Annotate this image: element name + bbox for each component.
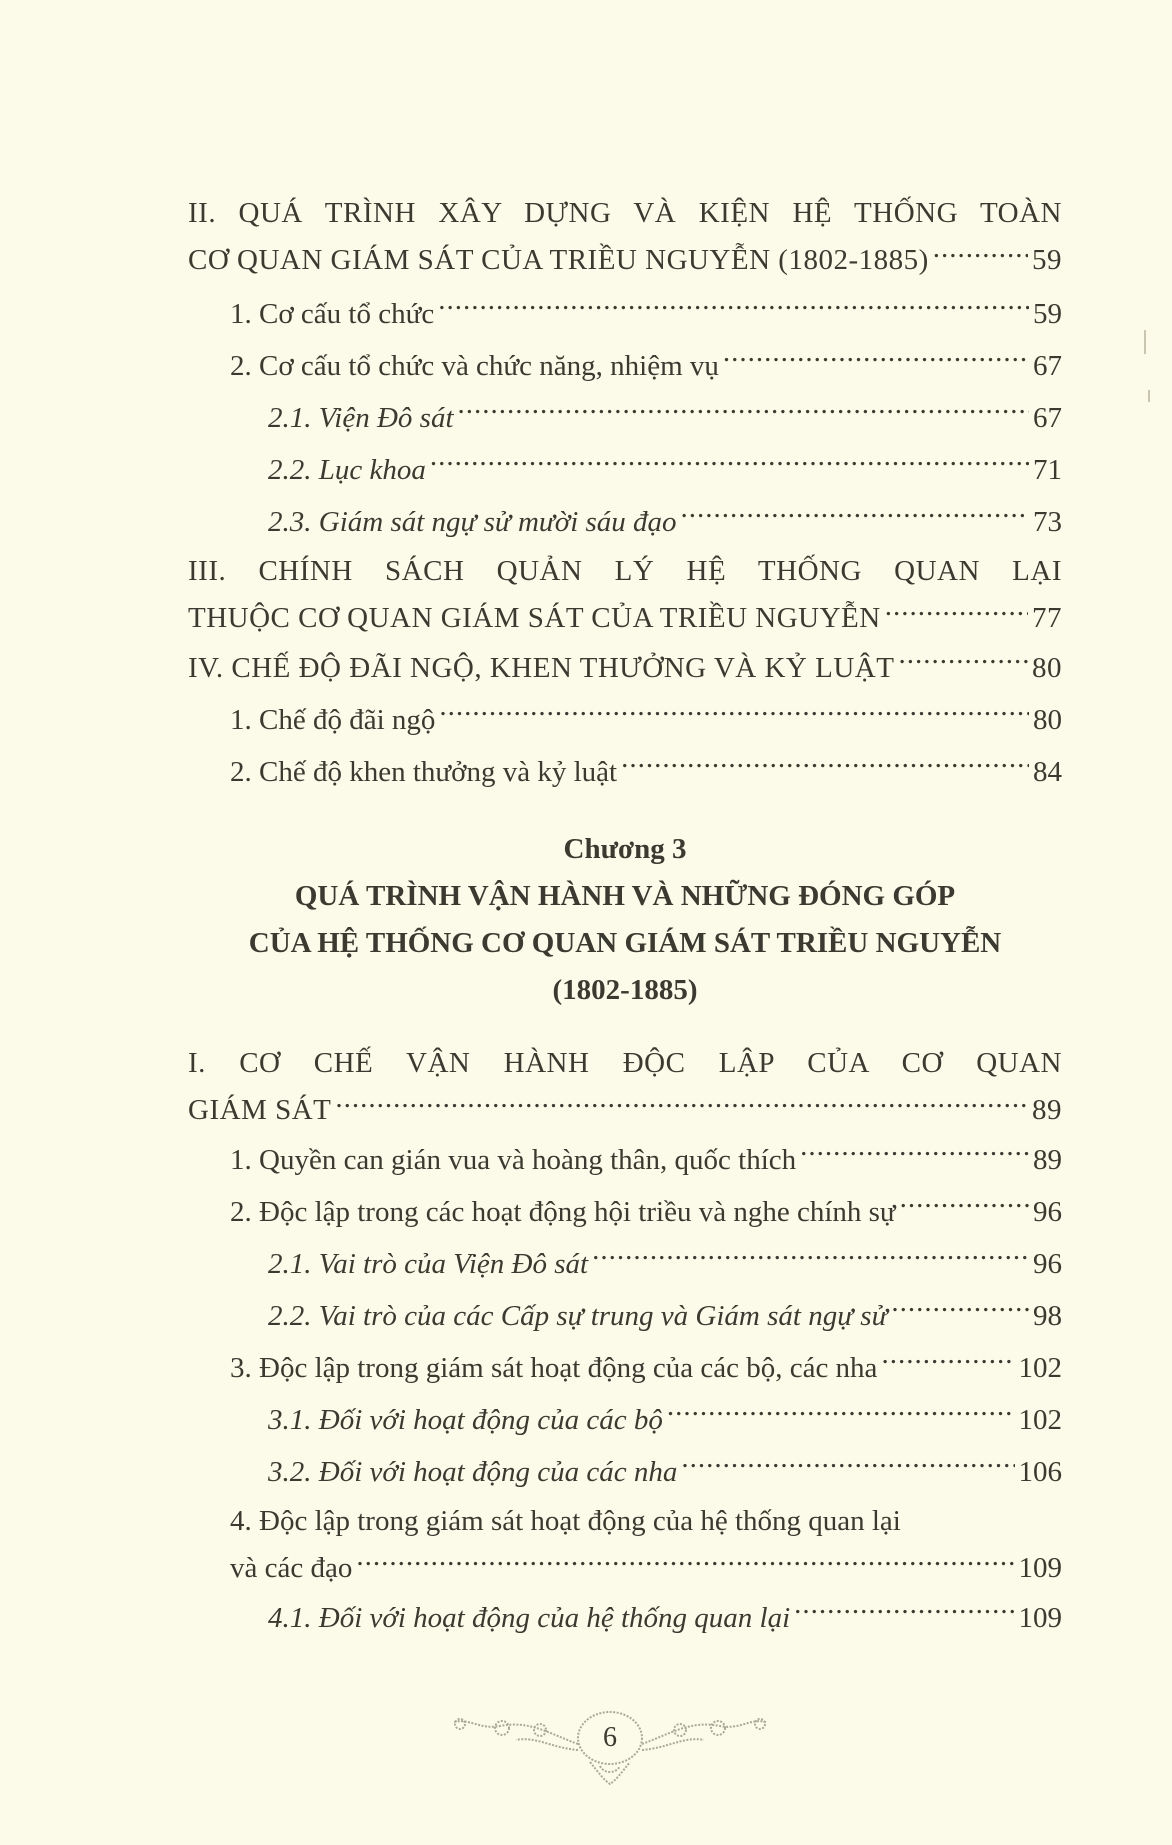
dot-leader xyxy=(800,1140,1029,1169)
toc-section-iii-line2[interactable]: THUỘC CƠ QUAN GIÁM SÁT CỦA TRIỀU NGUYỄN … xyxy=(188,595,1062,642)
toc-page-number: 102 xyxy=(1019,1394,1063,1446)
toc-section-ii-line1: II. QUÁ TRÌNH XÂY DỰNG VÀ KIỆN HỆ THỐNG … xyxy=(188,190,1062,237)
toc-ch3-section-i-line2[interactable]: GIÁM SÁT 89 xyxy=(188,1087,1062,1134)
dot-leader xyxy=(881,1348,1014,1377)
toc-page-number: 102 xyxy=(1019,1342,1063,1394)
toc-label: 2.2. Lục khoa xyxy=(268,444,426,496)
toc-entry[interactable]: 2. Cơ cấu tổ chức và chức năng, nhiệm vụ… xyxy=(188,340,1062,392)
dot-leader xyxy=(885,598,1028,627)
toc-label: 3. Độc lập trong giám sát hoạt động của … xyxy=(230,1342,877,1394)
toc-label: 2.3. Giám sát ngự sử mười sáu đạo xyxy=(268,496,677,548)
toc-page-number: 80 xyxy=(1032,642,1062,694)
toc-page-number: 89 xyxy=(1032,1087,1062,1134)
toc-entry[interactable]: 1. Cơ cấu tổ chức 59 xyxy=(188,288,1062,340)
toc-page-number: 84 xyxy=(1033,746,1062,798)
toc-page-number: 80 xyxy=(1033,694,1062,746)
toc-section-ii-line2[interactable]: CƠ QUAN GIÁM SÁT CỦA TRIỀU NGUYỄN (1802-… xyxy=(188,237,1062,284)
toc-entry[interactable]: 2. Chế độ khen thưởng và kỷ luật 84 xyxy=(188,746,1062,798)
toc-label: 2. Cơ cấu tổ chức và chức năng, nhiệm vụ xyxy=(230,340,719,392)
toc-label: 1. Quyền can gián vua và hoàng thân, quố… xyxy=(230,1134,796,1186)
toc-page-number: 96 xyxy=(1033,1186,1062,1238)
toc-entry[interactable]: 2.1. Vai trò của Viện Đô sát 96 xyxy=(188,1238,1062,1290)
margin-mark xyxy=(1148,390,1150,402)
toc-label: 2. Chế độ khen thưởng và kỷ luật xyxy=(230,746,617,798)
toc-entry-4: 4. Độc lập trong giám sát hoạt động của … xyxy=(188,1498,1062,1545)
toc-section-iii: III. CHÍNH SÁCH QUẢN LÝ HỆ THỐNG QUAN LẠ… xyxy=(188,548,1062,595)
dot-leader xyxy=(621,752,1029,781)
toc-entry[interactable]: 2.1. Viện Đô sát 67 xyxy=(188,392,1062,444)
toc-page-number: 89 xyxy=(1033,1134,1062,1186)
toc-page-number: 96 xyxy=(1033,1238,1062,1290)
toc-entry[interactable]: 2.2. Vai trò của các Cấp sự trung và Giá… xyxy=(188,1290,1062,1342)
toc-label: 1. Chế độ đãi ngộ xyxy=(230,694,435,746)
toc-entry-4-line1: 4. Độc lập trong giám sát hoạt động của … xyxy=(230,1505,901,1537)
dot-leader xyxy=(900,1192,1029,1221)
toc-page-number: 109 xyxy=(1019,1592,1063,1644)
toc-label: và các đạo xyxy=(230,1545,352,1592)
toc-ch3-section-i-line1: I. CƠ CHẾ VẬN HÀNH ĐỘC LẬP CỦA CƠ QUAN xyxy=(188,1040,1062,1087)
page-footer: 6 xyxy=(440,1700,780,1790)
chapter-heading: Chương 3 QUÁ TRÌNH VẬN HÀNH VÀ NHỮNG ĐÓN… xyxy=(188,826,1062,1014)
dot-leader xyxy=(439,700,1029,729)
dot-leader xyxy=(335,1090,1028,1119)
dot-leader xyxy=(681,502,1029,531)
toc-label: IV. CHẾ ĐỘ ĐÃI NGỘ, KHEN THƯỞNG VÀ KỶ LU… xyxy=(188,642,894,694)
toc-entry[interactable]: 3.2. Đối với hoạt động của các nha 106 xyxy=(188,1446,1062,1498)
toc-label: 2.1. Vai trò của Viện Đô sát xyxy=(268,1238,588,1290)
toc-entry[interactable]: 2.2. Lục khoa 71 xyxy=(188,444,1062,496)
toc-page-number: 73 xyxy=(1033,496,1062,548)
dot-leader xyxy=(438,294,1029,323)
toc-page-number: 71 xyxy=(1033,444,1062,496)
toc-ch3-section-i: I. CƠ CHẾ VẬN HÀNH ĐỘC LẬP CỦA CƠ QUAN xyxy=(188,1040,1062,1087)
dot-leader xyxy=(933,240,1028,269)
dot-leader xyxy=(667,1400,1015,1429)
toc-section-iv[interactable]: IV. CHẾ ĐỘ ĐÃI NGỘ, KHEN THƯỞNG VÀ KỶ LU… xyxy=(188,642,1062,694)
chapter-title-line2: CỦA HỆ THỐNG CƠ QUAN GIÁM SÁT TRIỀU NGUY… xyxy=(188,920,1062,967)
page-number: 6 xyxy=(440,1722,780,1754)
chapter-label: Chương 3 xyxy=(188,826,1062,873)
toc-page-number: 67 xyxy=(1033,340,1062,392)
toc-entry-4-line2[interactable]: và các đạo 109 xyxy=(188,1545,1062,1592)
toc-label: 2. Độc lập trong các hoạt động hội triều… xyxy=(230,1186,896,1238)
toc-label: 3.2. Đối với hoạt động của các nha xyxy=(268,1446,677,1498)
toc-entry[interactable]: 2.3. Giám sát ngự sử mười sáu đạo 73 xyxy=(188,496,1062,548)
toc-page-number: 77 xyxy=(1032,595,1062,642)
toc-label: GIÁM SÁT xyxy=(188,1087,331,1134)
margin-mark xyxy=(1144,330,1146,354)
toc-label: CƠ QUAN GIÁM SÁT CỦA TRIỀU NGUYỄN (1802-… xyxy=(188,237,929,284)
toc-label: THUỘC CƠ QUAN GIÁM SÁT CỦA TRIỀU NGUYỄN xyxy=(188,595,881,642)
dot-leader xyxy=(356,1548,1014,1577)
toc-label: 4.1. Đối với hoạt động của hệ thống quan… xyxy=(268,1592,790,1644)
dot-leader xyxy=(898,648,1028,677)
dot-leader xyxy=(891,1296,1029,1325)
dot-leader xyxy=(794,1598,1014,1627)
chapter-title-line3: (1802-1885) xyxy=(188,967,1062,1014)
toc-section-iii-line1: III. CHÍNH SÁCH QUẢN LÝ HỆ THỐNG QUAN LẠ… xyxy=(188,548,1062,595)
dot-leader xyxy=(458,398,1029,427)
toc-label: 3.1. Đối với hoạt động của các bộ xyxy=(268,1394,663,1446)
toc-entry[interactable]: 2. Độc lập trong các hoạt động hội triều… xyxy=(188,1186,1062,1238)
toc-label: 2.1. Viện Đô sát xyxy=(268,392,454,444)
dot-leader xyxy=(723,346,1029,375)
dot-leader xyxy=(430,450,1029,479)
toc-page-number: 98 xyxy=(1033,1290,1062,1342)
toc-entry[interactable]: 1. Quyền can gián vua và hoàng thân, quố… xyxy=(188,1134,1062,1186)
toc-entry[interactable]: 4.1. Đối với hoạt động của hệ thống quan… xyxy=(188,1592,1062,1644)
toc-section-ii: II. QUÁ TRÌNH XÂY DỰNG VÀ KIỆN HỆ THỐNG … xyxy=(188,190,1062,237)
toc-page-number: 106 xyxy=(1019,1446,1063,1498)
dot-leader xyxy=(592,1244,1029,1273)
toc-page-number: 67 xyxy=(1033,392,1062,444)
table-of-contents: II. QUÁ TRÌNH XÂY DỰNG VÀ KIỆN HỆ THỐNG … xyxy=(188,190,1062,1644)
dot-leader xyxy=(681,1452,1014,1481)
chapter-title-line1: QUÁ TRÌNH VẬN HÀNH VÀ NHỮNG ĐÓNG GÓP xyxy=(188,873,1062,920)
toc-entry[interactable]: 1. Chế độ đãi ngộ 80 xyxy=(188,694,1062,746)
toc-label: 1. Cơ cấu tổ chức xyxy=(230,288,434,340)
toc-page-number: 59 xyxy=(1033,288,1062,340)
toc-page-number: 59 xyxy=(1032,237,1062,284)
toc-entry[interactable]: 3.1. Đối với hoạt động của các bộ 102 xyxy=(188,1394,1062,1446)
toc-page-number: 109 xyxy=(1019,1545,1063,1592)
toc-entry[interactable]: 3. Độc lập trong giám sát hoạt động của … xyxy=(188,1342,1062,1394)
toc-label: 2.2. Vai trò của các Cấp sự trung và Giá… xyxy=(268,1290,887,1342)
